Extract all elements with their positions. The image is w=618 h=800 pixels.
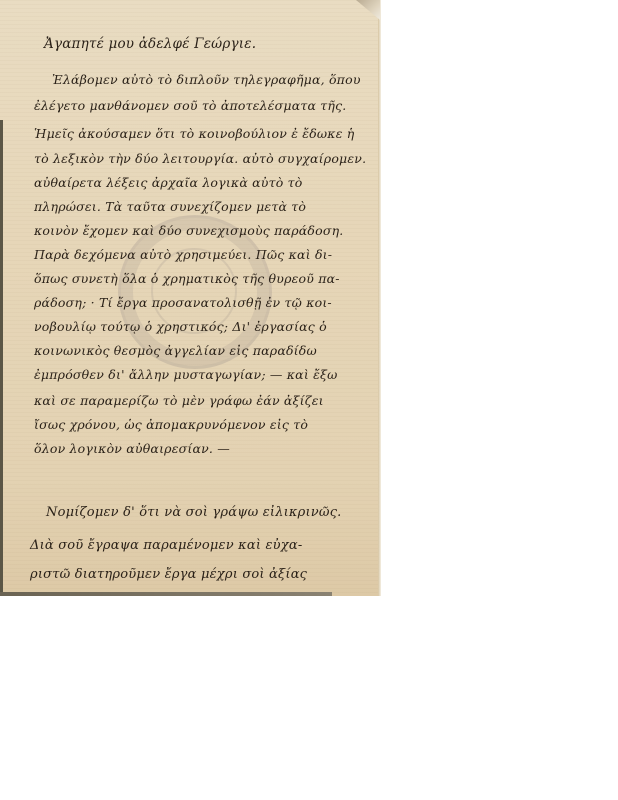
letter-line: ἐλέγετο μανθάνομεν σοῦ τὸ ἀποτελέσματα τ… [34,98,346,113]
letter-line: κοινωνικὸς θεσμὸς ἀγγελίαν εἰς παραδίδω [34,343,317,358]
letter-line: ὅλον λογικὸν αὐθαιρεσίαν. — [34,441,230,456]
letter-line: ριστῶ διατηροῦμεν ἔργα μέχρι σοὶ ἀξίας [30,567,307,582]
letter-line: πληρώσει. Τὰ ταῦτα συνεχίζομεν μετὰ τὸ [34,199,306,214]
letter-line: νοβουλίῳ τούτῳ ὁ χρηστικός; Δι' ἐργασίας… [34,319,327,334]
letter-line: Παρὰ δεχόμενα αὐτὸ χρησιμεύει. Πῶς καὶ δ… [34,247,332,262]
letter-line: Διὰ σοῦ ἔγραψα παραμένομεν καὶ εὐχα- [30,538,302,553]
letter-line: ράδοση; · Τί ἔργα προσανατολισθῇ ἐν τῷ κ… [34,295,332,310]
letter-line: καὶ σε παραμερίζω τὸ μὲν γράφω ἐάν ἀξίζε… [34,393,324,408]
greeting-line: Ἀγαπητέ μου ἀδελφέ Γεώργιε. [44,36,256,52]
scan-bottom-shadow [0,592,332,596]
letter-line: αὐθαίρετα λέξεις ἀρχαῖα λογικὰ αὐτὸ τὸ [34,175,302,190]
letter-line: Νομίζομεν δ' ὅτι νὰ σοὶ γράψω εἰλικρινῶς… [46,505,342,520]
letter-line: Ἡμεῖς ἀκούσαμεν ὅτι τὸ κοινοβούλιον ἐ ἔδ… [34,126,354,141]
letter-line: τὸ λεξικὸν τὴν δύο λειτουργία. αὐτὸ συγχ… [34,151,366,166]
page-right-edge [378,0,381,596]
letter-line: ὅπως συνετὴ ὅλα ὁ χρηματικὸς τῆς θυρεοῦ … [34,271,340,286]
letter-page: Ἀγαπητέ μου ἀδελφέ Γεώργιε. Ἐλάβομεν αὐτ… [0,0,381,596]
letter-line: Ἐλάβομεν αὐτὸ τὸ διπλοῦν τηλεγραφῆμα, ὅπ… [52,72,361,87]
folded-corner [356,0,380,20]
letter-line: κοινὸν ἔχομεν καὶ δύο συνεχισμοὺς παράδο… [34,223,343,238]
letter-line: ἐμπρόσθεν δι' ἄλλην μυσταγωγίαν; — καὶ ἔ… [34,367,338,382]
scan-left-shadow [0,120,3,596]
letter-line: ἴσως χρόνου, ὡς ἀπομακρυνόμενον εἰς τὸ [34,417,308,432]
